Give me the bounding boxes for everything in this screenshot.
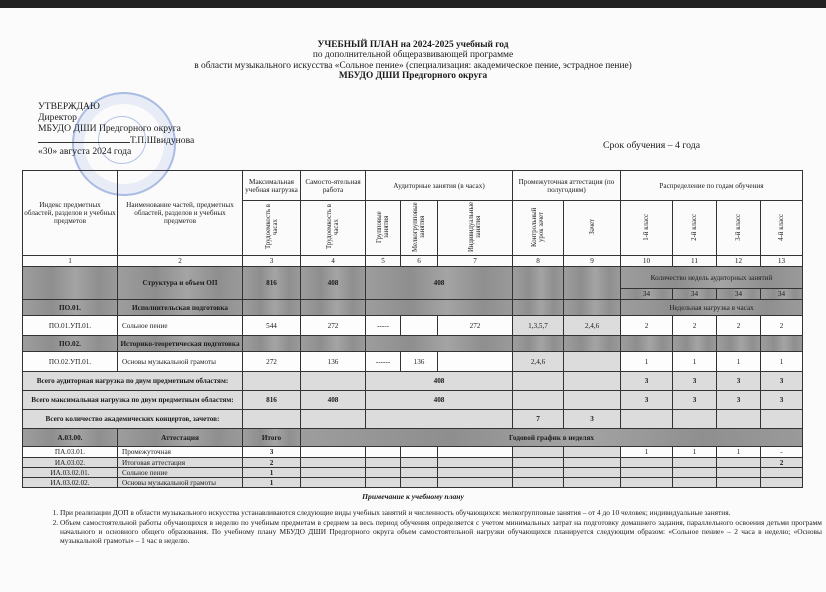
structure-row: Структура и объем ОП 816 408 408 Количес… xyxy=(23,267,803,289)
weeks-year-1: 34 xyxy=(621,289,673,300)
row-control: 2,4,6 xyxy=(513,352,564,372)
row-year-1: 1 xyxy=(621,447,673,458)
section-index: ПО.01. xyxy=(23,300,118,316)
attestation-header-row: А.03.00. Аттестация Итого Годовой график… xyxy=(23,429,803,447)
header-col4: Трудоемкость в часах xyxy=(326,201,340,253)
total-label: Всего аудиторная нагрузка по двум предме… xyxy=(23,372,243,391)
notes-list: При реализации ДОП в области музыкальног… xyxy=(40,508,822,546)
total-control: 7 xyxy=(513,410,564,429)
header-col11: 2-й класс xyxy=(691,214,698,241)
total-year-1: 3 xyxy=(621,372,673,391)
colnum: 11 xyxy=(673,256,717,267)
colnum: 9 xyxy=(564,256,621,267)
signature-line xyxy=(38,142,130,143)
colnum: 8 xyxy=(513,256,564,267)
title-line-2: по дополнительной общеразвивающей програ… xyxy=(0,50,826,60)
table-row: ИА.03.02. Итоговая аттестация 2 2 xyxy=(23,458,803,468)
total-aud: 408 xyxy=(366,391,513,410)
row-year-4: 2 xyxy=(761,458,803,468)
row-name: Сольное пение xyxy=(118,316,243,336)
row-max: 272 xyxy=(243,352,301,372)
header-col12: 3-й класс xyxy=(735,214,742,241)
total-aud: 408 xyxy=(366,372,513,391)
row-total: 3 xyxy=(243,447,301,458)
row-max: 544 xyxy=(243,316,301,336)
header-index: Индекс предметных областей, разделов и у… xyxy=(23,171,118,256)
row-index: ПО.02.УП.01. xyxy=(23,352,118,372)
notes-title: Примечание к учебному плану xyxy=(0,492,826,501)
table-row: ИА.03.02.02. Основы музыкальной грамоты … xyxy=(23,478,803,488)
row-year-3: 1 xyxy=(717,447,761,458)
total-concerts-row: Всего количество академических концертов… xyxy=(23,410,803,429)
row-year-2: 1 xyxy=(673,352,717,372)
section-name: Исполнительская подготовка xyxy=(118,300,243,316)
row-credit: 2,4,6 xyxy=(564,316,621,336)
row-year-3: 2 xyxy=(717,316,761,336)
row-year-1: 1 xyxy=(621,352,673,372)
colnum: 6 xyxy=(401,256,438,267)
weeks-year-3: 34 xyxy=(717,289,761,300)
approval-block: УТВЕРЖДАЮ Директор МБУДО ДШИ Предгорного… xyxy=(38,101,194,157)
structure-aud: 408 xyxy=(366,267,513,300)
colnum: 3 xyxy=(243,256,301,267)
header-col7: Индивидуальные занятия xyxy=(468,201,482,253)
row-year-2: 1 xyxy=(673,447,717,458)
section-index: ПО.02. xyxy=(23,336,118,352)
row-year-2 xyxy=(673,458,717,468)
column-numbers-row: 1 2 3 4 5 6 7 8 9 10 11 12 13 xyxy=(23,256,803,267)
row-name: Итоговая аттестация xyxy=(118,458,243,468)
header-col13: 4-й класс xyxy=(778,214,785,241)
structure-label: Структура и объем ОП xyxy=(118,267,243,300)
structure-max: 816 xyxy=(243,267,301,300)
row-control: 1,3,5,7 xyxy=(513,316,564,336)
row-year-4: 1 xyxy=(761,352,803,372)
weeks-label: Количество недель аудиторных занятий xyxy=(621,267,803,289)
total-year-2: 3 xyxy=(673,372,717,391)
total-credit: 3 xyxy=(564,410,621,429)
total-self: 408 xyxy=(301,391,366,410)
header-col5: Групповые занятия xyxy=(376,201,390,253)
row-year-3 xyxy=(717,458,761,468)
section-po02: ПО.02. Историко-теоретическая подготовка xyxy=(23,336,803,352)
attest-name: Аттестация xyxy=(118,429,243,447)
total-year-1: 3 xyxy=(621,391,673,410)
row-name: Промежуточная xyxy=(118,447,243,458)
section-po01: ПО.01. Исполнительская подготовка Недель… xyxy=(23,300,803,316)
total-year-4: 3 xyxy=(761,372,803,391)
note-item: При реализации ДОП в области музыкальног… xyxy=(60,508,822,517)
row-credit xyxy=(564,352,621,372)
row-name: Сольное пение xyxy=(118,468,243,478)
colnum: 5 xyxy=(366,256,401,267)
row-index: ПО.01.УП.01. xyxy=(23,316,118,336)
document-title: УЧЕБНЫЙ ПЛАН на 2024-2025 учебный год по… xyxy=(0,40,826,82)
row-year-1 xyxy=(621,458,673,468)
header-col9: Зачет xyxy=(589,219,596,235)
curriculum-table: Индекс предметных областей, разделов и у… xyxy=(22,170,803,488)
table-row: ПО.02.УП.01. Основы музыкальной грамоты … xyxy=(23,352,803,372)
row-year-4: - xyxy=(761,447,803,458)
colnum: 12 xyxy=(717,256,761,267)
header-auditorium: Аудиторные занятия (в часах) xyxy=(366,171,513,201)
total-max-row: Всего максимальная нагрузка по двум пред… xyxy=(23,391,803,410)
row-year-4: 2 xyxy=(761,316,803,336)
attest-schedule: Годовой график в неделях xyxy=(301,429,803,447)
approval-signer: Т.П.Швидунова xyxy=(130,135,194,146)
total-max: 816 xyxy=(243,391,301,410)
header-attestation: Промежуточная аттестация (по полугодиям) xyxy=(513,171,621,201)
row-year-3: 1 xyxy=(717,352,761,372)
colnum: 7 xyxy=(438,256,513,267)
row-indiv xyxy=(438,352,513,372)
row-year-1: 2 xyxy=(621,316,673,336)
colnum: 4 xyxy=(301,256,366,267)
window-top-bar xyxy=(0,0,826,8)
total-year-3: 3 xyxy=(717,372,761,391)
header-distribution: Распределение по годам обучения xyxy=(621,171,803,201)
section-name: Историко-теоретическая подготовка xyxy=(118,336,243,352)
approval-date: «30» августа 2024 года xyxy=(38,146,194,157)
total-label: Всего количество академических концертов… xyxy=(23,410,243,429)
total-label: Всего максимальная нагрузка по двум пред… xyxy=(23,391,243,410)
row-total: 1 xyxy=(243,468,301,478)
row-index: ИА.03.02. xyxy=(23,458,118,468)
row-index: ПА.03.01. xyxy=(23,447,118,458)
weeks-year-2: 34 xyxy=(673,289,717,300)
total-year-4: 3 xyxy=(761,391,803,410)
study-term: Срок обучения – 4 года xyxy=(603,140,700,151)
row-index: ИА.03.02.02. xyxy=(23,478,118,488)
weekly-load-label: Недельная нагрузка в часах xyxy=(621,300,803,316)
row-group: ------ xyxy=(366,352,401,372)
approval-position: Директор xyxy=(38,112,194,123)
total-auditorium-row: Всего аудиторная нагрузка по двум предме… xyxy=(23,372,803,391)
title-line-1: УЧЕБНЫЙ ПЛАН на 2024-2025 учебный год xyxy=(0,40,826,50)
header-name: Наименование частей, предметных областей… xyxy=(118,171,243,256)
approval-heading: УТВЕРЖДАЮ xyxy=(38,101,194,112)
row-year-2: 2 xyxy=(673,316,717,336)
attest-total: Итого xyxy=(243,429,301,447)
row-total: 1 xyxy=(243,478,301,488)
row-small: 136 xyxy=(401,352,438,372)
row-name: Основы музыкальной грамоты xyxy=(118,478,243,488)
row-self: 272 xyxy=(301,316,366,336)
row-name: Основы музыкальной грамоты xyxy=(118,352,243,372)
row-index: ИА.03.02.01. xyxy=(23,468,118,478)
colnum: 1 xyxy=(23,256,118,267)
row-self: 136 xyxy=(301,352,366,372)
header-max-load: Максимальная учебная нагрузка xyxy=(243,171,301,201)
attest-index: А.03.00. xyxy=(23,429,118,447)
colnum: 10 xyxy=(621,256,673,267)
table-row: ПА.03.01. Промежуточная 3 1 1 1 - xyxy=(23,447,803,458)
row-total: 2 xyxy=(243,458,301,468)
header-self-work: Самосто-ятельная работа xyxy=(301,171,366,201)
structure-self: 408 xyxy=(301,267,366,300)
table-row: ПО.01.УП.01. Сольное пение 544 272 -----… xyxy=(23,316,803,336)
colnum: 13 xyxy=(761,256,803,267)
header-col6: Мелкогрупповые занятия xyxy=(412,201,426,253)
header-col3: Трудоемкость в часах xyxy=(265,201,279,253)
row-group: ----- xyxy=(366,316,401,336)
title-line-3: в области музыкального искусства «Сольно… xyxy=(0,61,826,71)
table-row: ИА.03.02.01. Сольное пение 1 xyxy=(23,468,803,478)
row-small xyxy=(401,316,438,336)
header-col10: 1-й класс xyxy=(643,214,650,241)
note-item: Объем самостоятельной работы обучающихся… xyxy=(60,518,822,545)
title-line-4: МБУДО ДШИ Предгорного округа xyxy=(0,71,826,81)
approval-organization: МБУДО ДШИ Предгорного округа xyxy=(38,123,194,134)
colnum: 2 xyxy=(118,256,243,267)
row-indiv: 272 xyxy=(438,316,513,336)
weeks-year-4: 34 xyxy=(761,289,803,300)
total-year-3: 3 xyxy=(717,391,761,410)
total-year-2: 3 xyxy=(673,391,717,410)
header-col8: Контрольный урок зачет xyxy=(531,201,545,253)
